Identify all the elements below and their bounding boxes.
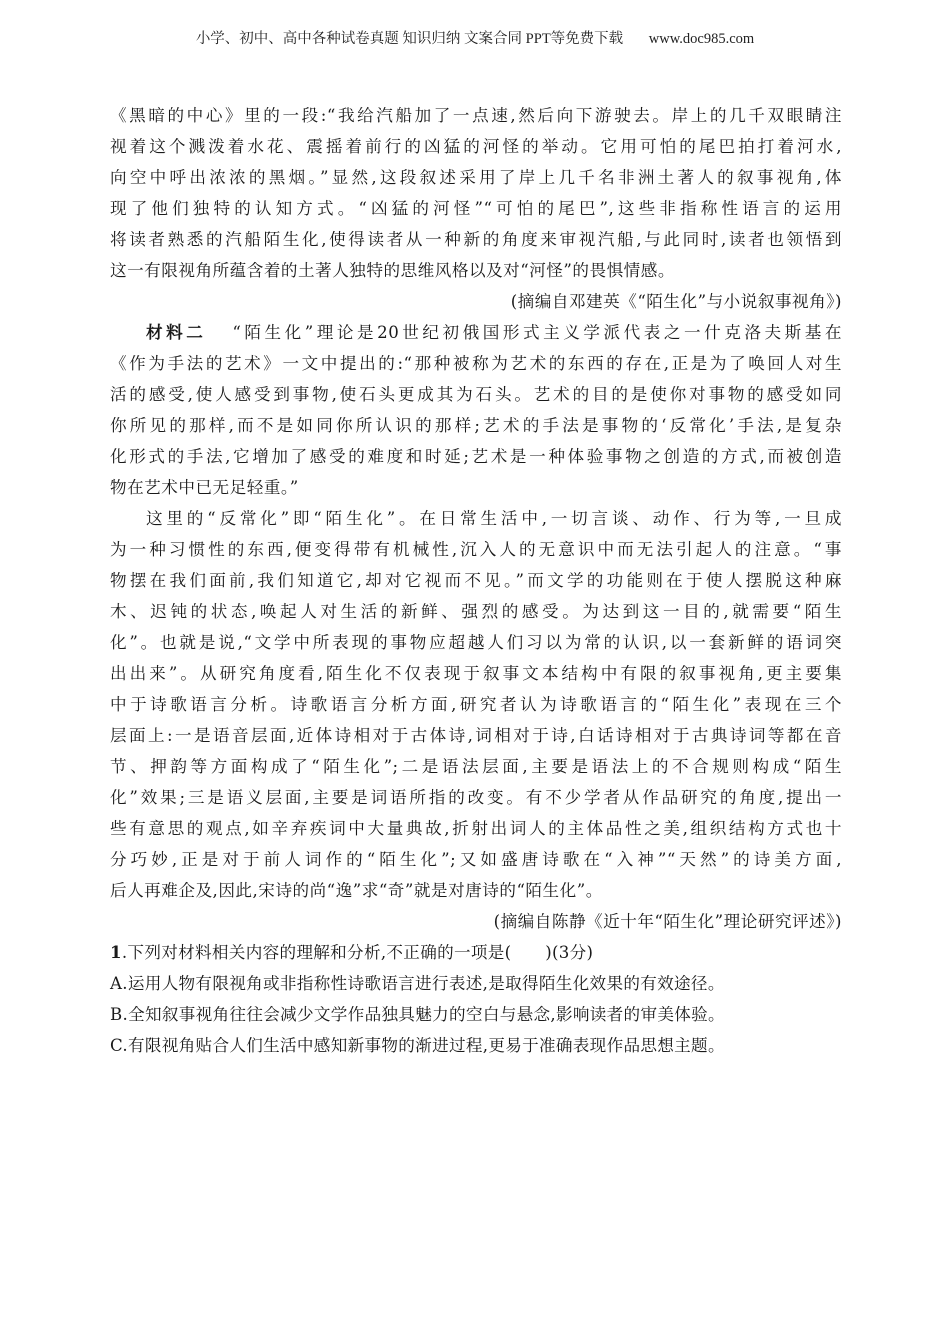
- text-line: 《黑暗的中心》里的一段:“我给汽船加了一点速,然后向下游驶去。岸上的几千双眼睛注: [110, 100, 842, 131]
- text-line: 为一种习惯性的东西,便变得带有机械性,沉入人的无意识中而无法引起人的注意。“事: [110, 534, 842, 565]
- text-line: 物摆在我们面前,我们知道它,却对它视而不见。”而文学的功能则在于使人摆脱这种麻: [110, 565, 842, 596]
- text-line: 《作为手法的艺术》一文中提出的:“那种被称为艺术的东西的存在,正是为了唤回人对生: [110, 348, 842, 379]
- text-line: 层面上:一是语音层面,近体诗相对于古体诗,词相对于诗,白话诗相对于古典诗词等都在…: [110, 720, 842, 751]
- material-two-first-line: 材料二“陌生化”理论是20世纪初俄国形式主义学派代表之一什克洛夫斯基在: [110, 317, 842, 348]
- text-line: 化形式的手法,它增加了感受的难度和时延;艺术是一种体验事物之创造的方式,而被创造: [110, 441, 842, 472]
- header-text: 小学、初中、高中各种试卷真题 知识归纳 文案合同 PPT等免费下载: [196, 31, 623, 47]
- question-text: .下列对材料相关内容的理解和分析,不正确的一项是( )(3分): [122, 943, 593, 962]
- text-line: 现了他们独特的认知方式。“凶猛的河怪”“可怕的尾巴”,这些非指称性语言的运用: [110, 193, 842, 224]
- text-line: 木、迟钝的状态,唤起人对生活的新鲜、强烈的感受。为达到这一目的,就需要“陌生: [110, 596, 842, 627]
- text-line: 你所见的那样,而不是如同你所认识的那样;艺术的手法是事物的‘反常化’手法,是复杂: [110, 410, 842, 441]
- text-line: 分巧妙,正是对于前人词作的“陌生化”;又如盛唐诗歌在“入神”“天然”的诗美方面,: [110, 844, 842, 875]
- source-citation: (摘编自邓建英《“陌生化”与小说叙事视角》): [110, 286, 842, 317]
- text-line: 这里的“反常化”即“陌生化”。在日常生活中,一切言谈、动作、行为等,一旦成: [110, 503, 842, 534]
- text-line: 节、押韵等方面构成了“陌生化”;二是语法层面,主要是语法上的不合规则构成“陌生: [110, 751, 842, 782]
- question-block: 1.下列对材料相关内容的理解和分析,不正确的一项是( )(3分) A.运用人物有…: [110, 937, 842, 1061]
- text-line: 出出来”。从研究角度看,陌生化不仅表现于叙事文本结构中有限的叙事视角,更主要集: [110, 658, 842, 689]
- option-a: A.运用人物有限视角或非指称性诗歌语言进行表述,是取得陌生化效果的有效途径。: [110, 968, 842, 999]
- text-line: 化”效果;三是语义层面,主要是词语所指的改变。有不少学者从作品研究的角度,提出一: [110, 782, 842, 813]
- text-line: 些有意思的观点,如辛弃疾词中大量典故,折射出词人的主体品性之美,组织结构方式也十: [110, 813, 842, 844]
- material-label: 材料二: [146, 323, 206, 342]
- option-b: B.全知叙事视角往往会减少文学作品独具魅力的空白与悬念,影响读者的审美体验。: [110, 999, 842, 1030]
- text-line: 化”。也就是说,“文学中所表现的事物应超越人们习以为常的认识,以一套新鲜的语词突: [110, 627, 842, 658]
- text-line: 这一有限视角所蕴含着的土著人独特的思维风格以及对“河怪”的畏惧情感。: [110, 255, 842, 286]
- header-url: www.doc985.com: [649, 31, 754, 47]
- text-line: 后人再难企及,因此,宋诗的尚“逸”求“奇”就是对唐诗的“陌生化”。: [110, 875, 842, 906]
- material-two: 材料二“陌生化”理论是20世纪初俄国形式主义学派代表之一什克洛夫斯基在 《作为手…: [110, 317, 842, 937]
- question-stem: 1.下列对材料相关内容的理解和分析,不正确的一项是( )(3分): [110, 937, 842, 968]
- text-span: “陌生化”理论是20世纪初俄国形式主义学派代表之一什克洛夫斯基在: [232, 323, 842, 342]
- text-line: 物在艺术中已无足轻重。”: [110, 472, 842, 503]
- document-body: 《黑暗的中心》里的一段:“我给汽船加了一点速,然后向下游驶去。岸上的几千双眼睛注…: [110, 100, 842, 1061]
- text-line: 将读者熟悉的汽船陌生化,使得读者从一种新的角度来审视汽船,与此同时,读者也领悟到: [110, 224, 842, 255]
- material-one: 《黑暗的中心》里的一段:“我给汽船加了一点速,然后向下游驶去。岸上的几千双眼睛注…: [110, 100, 842, 317]
- question-number: 1: [110, 942, 122, 962]
- page-header: 小学、初中、高中各种试卷真题 知识归纳 文案合同 PPT等免费下载 www.do…: [0, 27, 950, 48]
- text-line: 视着这个溅泼着水花、震摇着前行的凶猛的河怪的举动。它用可怕的尾巴拍打着河水,: [110, 131, 842, 162]
- option-c: C.有限视角贴合人们生活中感知新事物的渐进过程,更易于准确表现作品思想主题。: [110, 1030, 842, 1061]
- text-line: 中于诗歌语言分析。诗歌语言分析方面,研究者认为诗歌语言的“陌生化”表现在三个: [110, 689, 842, 720]
- source-citation: (摘编自陈静《近十年“陌生化”理论研究评述》): [110, 906, 842, 937]
- text-line: 活的感受,使人感受到事物,使石头更成其为石头。艺术的目的是使你对事物的感受如同: [110, 379, 842, 410]
- text-line: 向空中呼出浓浓的黑烟。”显然,这段叙述采用了岸上几千名非洲土著人的叙事视角,体: [110, 162, 842, 193]
